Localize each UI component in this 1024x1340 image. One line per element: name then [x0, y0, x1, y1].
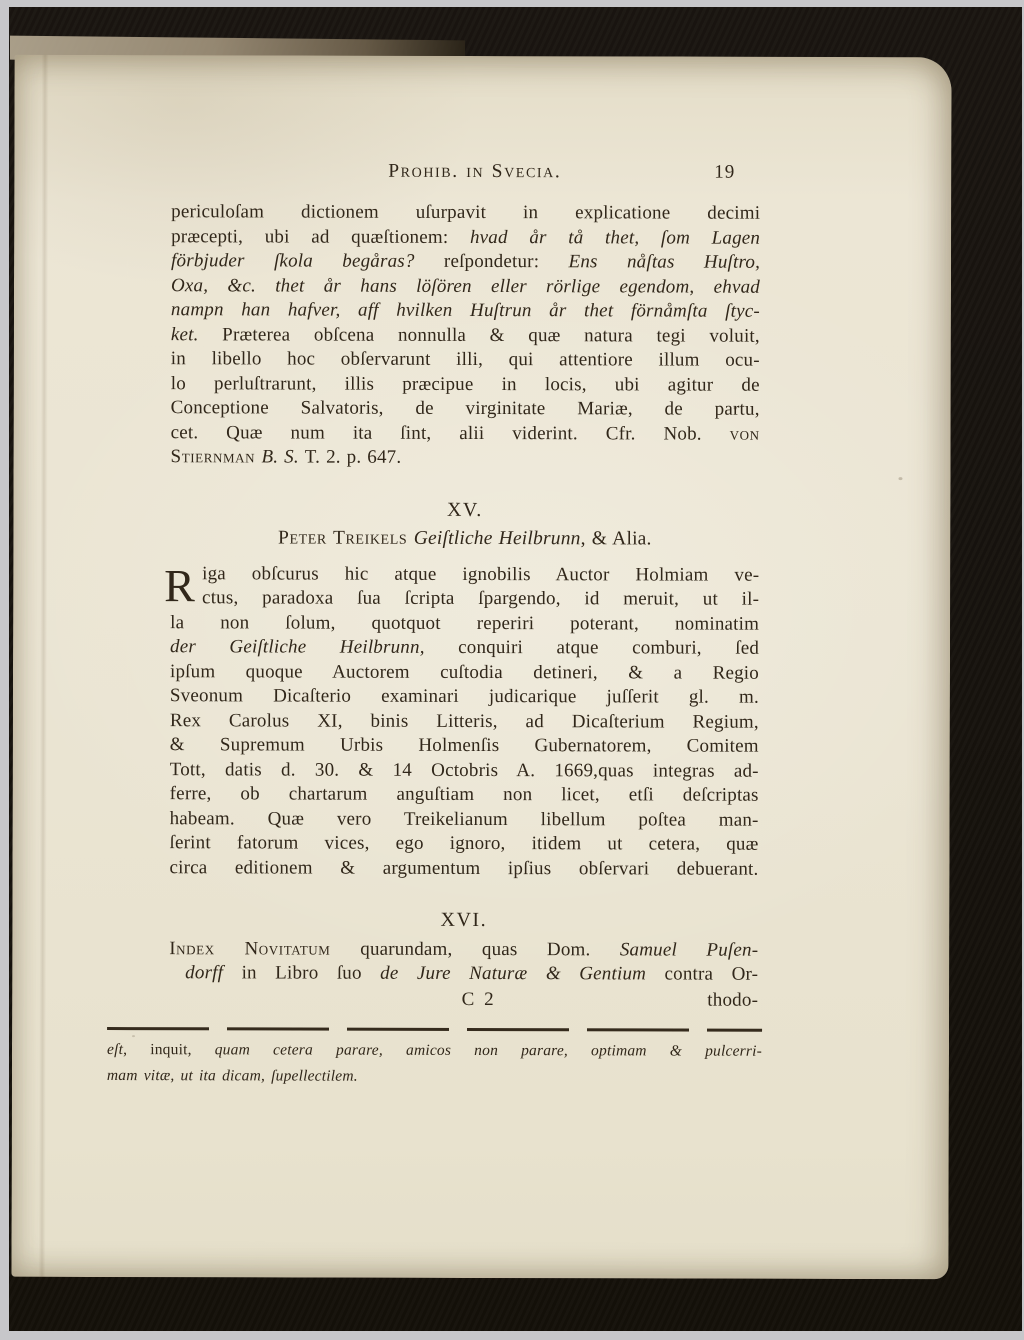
text-line: præcepti, ubi ad quæſtionem: hvad år tå …: [171, 225, 760, 251]
text-run: ctus, paradoxa ſua ſcripta ſpargendo, id…: [202, 587, 759, 609]
text-run: periculoſam dictionem uſurpavit in expli…: [171, 201, 760, 224]
section-xv-heading: XV.: [170, 497, 759, 523]
text-run: præcepti, ubi ad quæſtionem:: [171, 226, 470, 248]
text-run: ket.: [171, 324, 222, 345]
text-flow: periculoſam dictionem uſurpavit in expli…: [169, 200, 760, 1090]
text-run: Peter Treikels: [278, 527, 414, 548]
text-run: von: [730, 423, 760, 444]
text-run: ipſum quoque Auctorem cuſtodia detineri,…: [170, 661, 759, 684]
text-line: lo perluſtrarunt, illis præcipue in loci…: [171, 372, 760, 398]
text-run: cet. Quæ num ita ſint, alii viderint. Cf…: [171, 422, 730, 444]
text-run: ferre, ob chartarum anguſtiam non licet,…: [170, 783, 759, 806]
text-run: der Geiſtliche Heilbrunn,: [170, 636, 458, 658]
signature-mark: C 2: [432, 988, 496, 1009]
page-number: 19: [714, 161, 735, 186]
text-line: Stiernman B. S. T. 2. p. 647.: [171, 445, 760, 471]
text-run: lo perluſtrarunt, illis præcipue in loci…: [171, 373, 760, 396]
text-run: conquiri atque comburi, ſed: [458, 637, 759, 659]
text-line: la non ſolum, quotquot reperiri poterant…: [170, 611, 759, 637]
text-run: B. S.: [261, 446, 304, 467]
paper-speck: [898, 477, 902, 480]
text-line: Oxa, &c. thet år hans löſören eller rörl…: [171, 274, 760, 300]
text-run: Conceptione Salvatoris, de virginitate M…: [171, 397, 760, 420]
text-line: förbjuder ſkola begåras? reſpondetur: En…: [171, 249, 760, 275]
text-line: nampn han hafver, aff hvilken Huſtrun år…: [171, 298, 760, 324]
text-run: Sveonum Dicaſterio examinari judicarique…: [170, 685, 759, 708]
text-run: Tott, datis d. 30. & 14 Octobris A. 1669…: [170, 759, 759, 782]
scanned-book-photo: { "colors": { "paper": "#eae4d1", "ink":…: [0, 0, 1024, 1340]
text-run: habeam. Quæ vero Treikelianum libellum p…: [170, 808, 759, 831]
text-line: eſt, inquit, quam cetera parare, amicos …: [107, 1037, 762, 1065]
text-run: förbjuder ſkola begåras?: [171, 250, 444, 272]
running-head: Prohib. in Svecia. 19: [171, 159, 760, 186]
text-run: Ens nåſtas Huſtro,: [569, 251, 761, 273]
paragraph-xiv-continuation: periculoſam dictionem uſurpavit in expli…: [171, 200, 761, 471]
text-line: periculoſam dictionem uſurpavit in expli…: [171, 200, 760, 226]
section-xvi-heading: XVI.: [169, 907, 758, 933]
text-line: der Geiſtliche Heilbrunn, conquiri atque…: [170, 635, 759, 661]
text-run: eſt: [107, 1041, 123, 1058]
text-run: in libello hoc obſervarunt illi, qui att…: [171, 348, 760, 371]
text-line: Index Novitatum quarundam, quas Dom. Sam…: [169, 937, 758, 963]
text-run: quam cetera parare, amicos non parare, o…: [215, 1041, 762, 1059]
text-line: Sveonum Dicaſterio examinari judicarique…: [170, 684, 759, 710]
text-run: quarundam, quas Dom.: [360, 938, 620, 960]
text-run: in Libro ſuo: [242, 962, 381, 983]
text-line: Tott, datis d. 30. & 14 Octobris A. 1669…: [170, 758, 759, 784]
text-run: ſerint fatorum vices, ego ignoro, itidem…: [170, 832, 759, 855]
text-line: iga obſcurus hic atque ignobilis Auctor …: [170, 562, 759, 588]
paragraph-xv: Riga obſcurus hic atque ignobilis Auctor…: [169, 562, 759, 882]
text-run: , & Alia.: [581, 528, 652, 549]
text-run: & Supremum Urbis Holmenſis Gubernatorem,…: [170, 734, 759, 757]
text-line: cet. Quæ num ita ſint, alii viderint. Cf…: [171, 421, 760, 447]
text-run: Oxa, &c. thet år hans löſören eller rörl…: [171, 275, 760, 298]
signature-line: C 2thodo-: [169, 987, 758, 1014]
text-area: Prohib. in Svecia. 19 periculoſam dictio…: [169, 159, 760, 1090]
paper-crease: [38, 55, 48, 1277]
text-line: ipſum quoque Auctorem cuſtodia detineri,…: [170, 660, 759, 686]
text-run: dorff: [185, 962, 241, 983]
text-run: , inquit,: [123, 1041, 215, 1058]
text-line: ferre, ob chartarum anguſtiam non licet,…: [170, 782, 759, 808]
footnote: eſt, inquit, quam cetera parare, amicos …: [107, 1037, 762, 1091]
text-line: Conceptione Salvatoris, de virginitate M…: [171, 396, 760, 422]
text-line: mam vitæ, ut ita dicam, ſupellectilem.: [107, 1063, 762, 1091]
footnote-rule: [107, 1027, 762, 1032]
text-run: mam vitæ, ut ita dicam, ſupellectilem.: [107, 1067, 358, 1085]
text-run: de Jure Naturæ & Gentium: [380, 963, 664, 985]
text-run: Rex Carolus XI, binis Litteris, ad Dicaſ…: [170, 710, 759, 733]
section-xv-title: Peter Treikels Geiſtliche Heilbrunn, & A…: [170, 526, 759, 552]
drop-cap-initial: R: [164, 562, 202, 606]
text-run: la non ſolum, quotquot reperiri poterant…: [170, 612, 759, 635]
text-line: Rex Carolus XI, binis Litteris, ad Dicaſ…: [170, 709, 759, 735]
text-run: iga obſcurus hic atque ignobilis Auctor …: [202, 563, 759, 585]
book-page: Prohib. in Svecia. 19 periculoſam dictio…: [11, 55, 951, 1279]
text-run: contra Or-: [664, 963, 758, 984]
text-run: nampn han hafver, aff hvilken Huſtrun år…: [171, 299, 760, 322]
text-run: Samuel Puſen-: [620, 939, 758, 960]
paragraph-xvi: Index Novitatum quarundam, quas Dom. Sam…: [169, 937, 758, 988]
text-run: circa editionem & argumentum ipſius obſe…: [169, 857, 758, 880]
text-line: & Supremum Urbis Holmenſis Gubernatorem,…: [170, 733, 759, 759]
text-run: Index Novitatum: [169, 938, 360, 959]
catchword: thodo-: [707, 988, 758, 1013]
text-line: circa editionem & argumentum ipſius obſe…: [169, 856, 758, 882]
text-run: hvad år tå thet, ſom Lagen: [470, 226, 760, 248]
text-run: T. 2. p. 647.: [305, 447, 402, 468]
text-run: Præterea obſcena nonnulla & quæ natura t…: [222, 324, 760, 346]
text-line: ſerint fatorum vices, ego ignoro, itidem…: [170, 831, 759, 857]
text-line: in libello hoc obſervarunt illi, qui att…: [171, 347, 760, 373]
running-head-title: Prohib. in Svecia.: [370, 161, 561, 183]
text-run: Stiernman: [171, 446, 262, 467]
text-line: dorff in Libro ſuo de Jure Naturæ & Gent…: [169, 961, 758, 987]
text-line: ket. Præterea obſcena nonnulla & quæ nat…: [171, 323, 760, 349]
text-run: Geiſtliche Heilbrunn: [414, 528, 581, 549]
text-run: reſpondetur:: [444, 251, 569, 272]
text-line: ctus, paradoxa ſua ſcripta ſpargendo, id…: [170, 586, 759, 612]
text-line: habeam. Quæ vero Treikelianum libellum p…: [170, 807, 759, 833]
